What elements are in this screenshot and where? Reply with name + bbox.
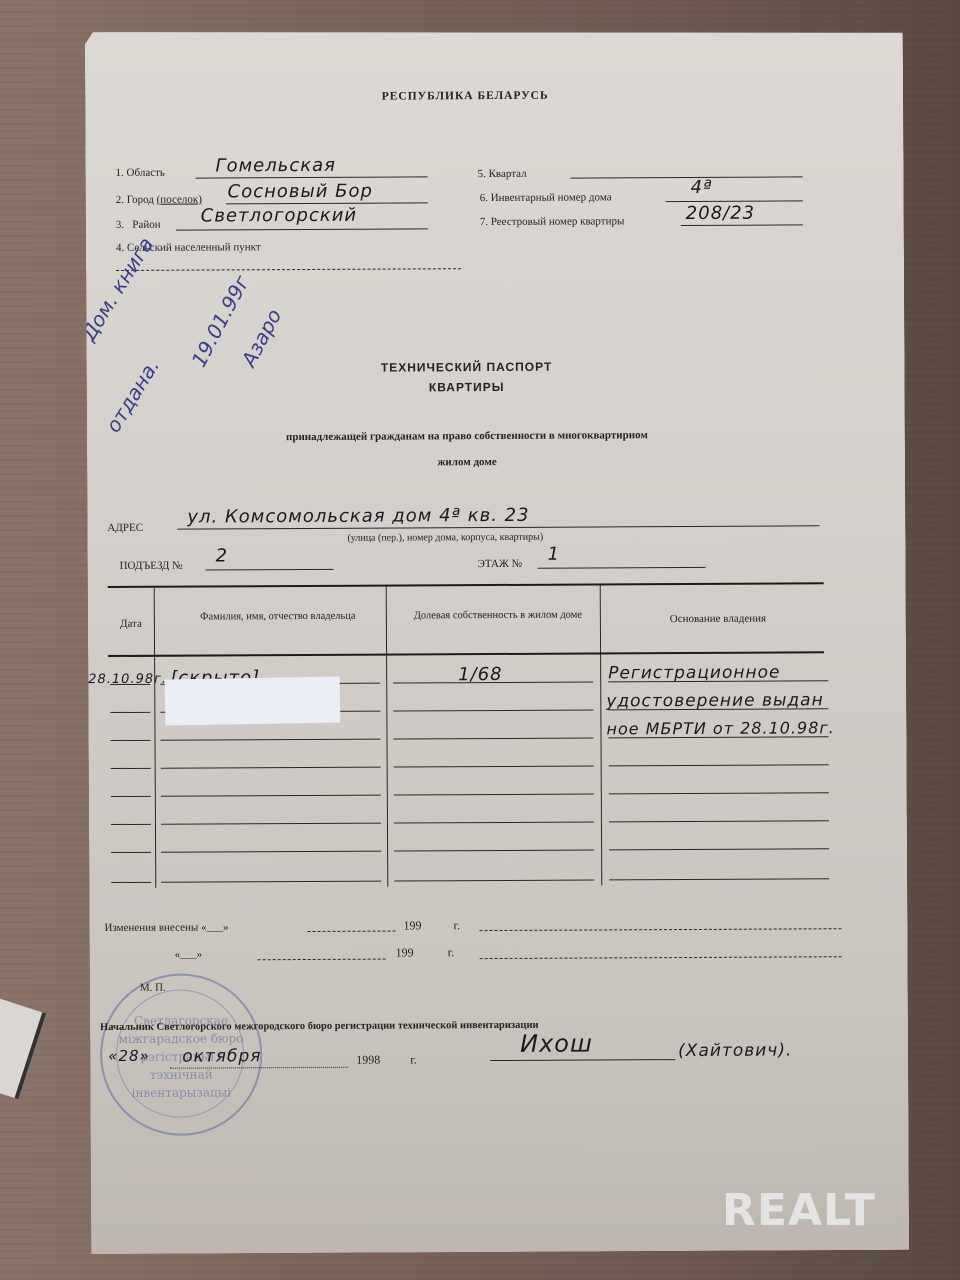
seal-text: тэхнічнай [102,1067,260,1082]
field-city: 2. Город (поселок) [116,194,202,206]
field-num: 5. [478,168,486,180]
changes-label: Изменения внесены [104,922,198,934]
field-num: 7. [480,216,488,228]
address-hint: (улица (пер.), номер дома, корпуса, квар… [347,532,543,544]
chief-name: (Хайтович). [678,1040,792,1061]
table-header-share: Долевая собственность в жилом доме [408,610,588,622]
changes-g-1: г. [453,918,460,933]
field-house-inventory-number: 6. Инвентарный номер дома [480,191,612,204]
field-num: 3. [116,219,124,231]
underline [206,569,334,571]
field-num: 2. [116,194,124,206]
underline [258,959,386,961]
seal-text: інвентарызацыі [102,1085,260,1100]
entrance-value: 2 [215,545,228,566]
field-house-inventory-value: 4ª [691,177,713,198]
address-label: АДРЕС [107,522,143,534]
changes-row-1: Изменения внесены «___» [104,921,228,934]
chief-date-g: г. [410,1052,417,1067]
mp-label: М. П. [140,982,166,994]
chief-date-day: «28» [108,1047,150,1065]
changes-quote-2: «___» [175,949,203,961]
field-label-extra: (поселок) [157,194,202,206]
field-label: Область [127,167,165,179]
document-subtitle-2: жилом доме [87,454,847,470]
field-label: Район [132,219,160,231]
field-region: 1. Область [116,167,165,179]
document-title: ТЕХНИЧЕСКИЙ ПАСПОРТ [87,358,847,376]
underline [308,931,396,932]
underline [196,176,428,178]
row-basis-line1: Регистрационное [608,663,780,684]
floor-value: 1 [547,544,560,565]
underline [681,224,803,226]
field-label: Город [127,194,154,206]
chief-date-month: октября [182,1046,261,1066]
field-num: 6. [480,192,488,204]
field-quarter: 5. Квартал [478,168,527,180]
changes-g-2: г. [448,945,455,960]
realt-watermark-logo: REALT [722,1185,876,1236]
row-date: 28.10.98г. [88,672,167,687]
underline [116,268,461,271]
field-num: 1. [116,167,124,179]
entrance-label: ПОДЪЕЗД № [120,560,183,572]
underline [538,567,706,569]
table-top-border [108,582,824,588]
field-apartment-registry-value: 208/23 [686,203,755,224]
chief-label: Начальник Светлогорского межгородского б… [100,1020,539,1033]
changes-year-2: 199 [396,945,414,960]
underline [490,1059,675,1061]
changes-year-1: 199 [403,918,421,933]
table-col-divider [600,585,603,885]
row-basis-line3: ное МБРТИ от 28.10.98г. [606,718,834,738]
table-header-basis: Основание владения [608,612,828,625]
field-apartment-registry-number: 7. Реестровый номер квартиры [480,215,625,228]
technical-passport-page: РЕСПУБЛИКА БЕЛАРУСЬ 1. Область Гомельска… [85,28,909,1254]
chief-signature: Ихош [520,1030,593,1058]
row-basis-line2: удостоверение выдан [606,690,823,711]
field-label: Инвентарный номер дома [491,191,612,204]
table-col-divider [154,588,157,888]
underline [480,956,842,959]
field-district: 3. Район [116,219,161,231]
field-label: Реестровый номер квартиры [491,215,625,228]
floor-label: ЭТАЖ № [478,558,523,570]
underline [176,228,428,230]
field-district-value: Светлогорский [201,205,357,227]
document-subtitle: принадлежащей гражданам на право собстве… [87,428,847,444]
changes-quote: «___» [201,921,229,933]
country-header: РЕСПУБЛИКА БЕЛАРУСЬ [85,88,845,104]
underline [480,928,842,931]
field-label: Квартал [489,168,527,180]
table-header-owner: Фамилия, имя, отчество владельца [188,611,368,623]
field-region-value: Гомельская [215,155,336,177]
field-city-value: Сосновый Бор [228,181,373,203]
privacy-redaction-patch [165,676,341,725]
seal-text: міжгарадское бюро [102,1031,260,1046]
row-share: 1/68 [458,664,503,685]
chief-date-year: 1998 [356,1053,380,1068]
field-num: 4. [116,242,124,254]
underline [571,176,803,178]
table-header-border [108,651,824,657]
table-col-divider [386,587,389,887]
address-value: ул. Комсомольская дом 4ª кв. 23 [187,505,529,528]
document-title-2: КВАРТИРЫ [87,378,847,396]
table-header-date: Дата [108,618,154,630]
